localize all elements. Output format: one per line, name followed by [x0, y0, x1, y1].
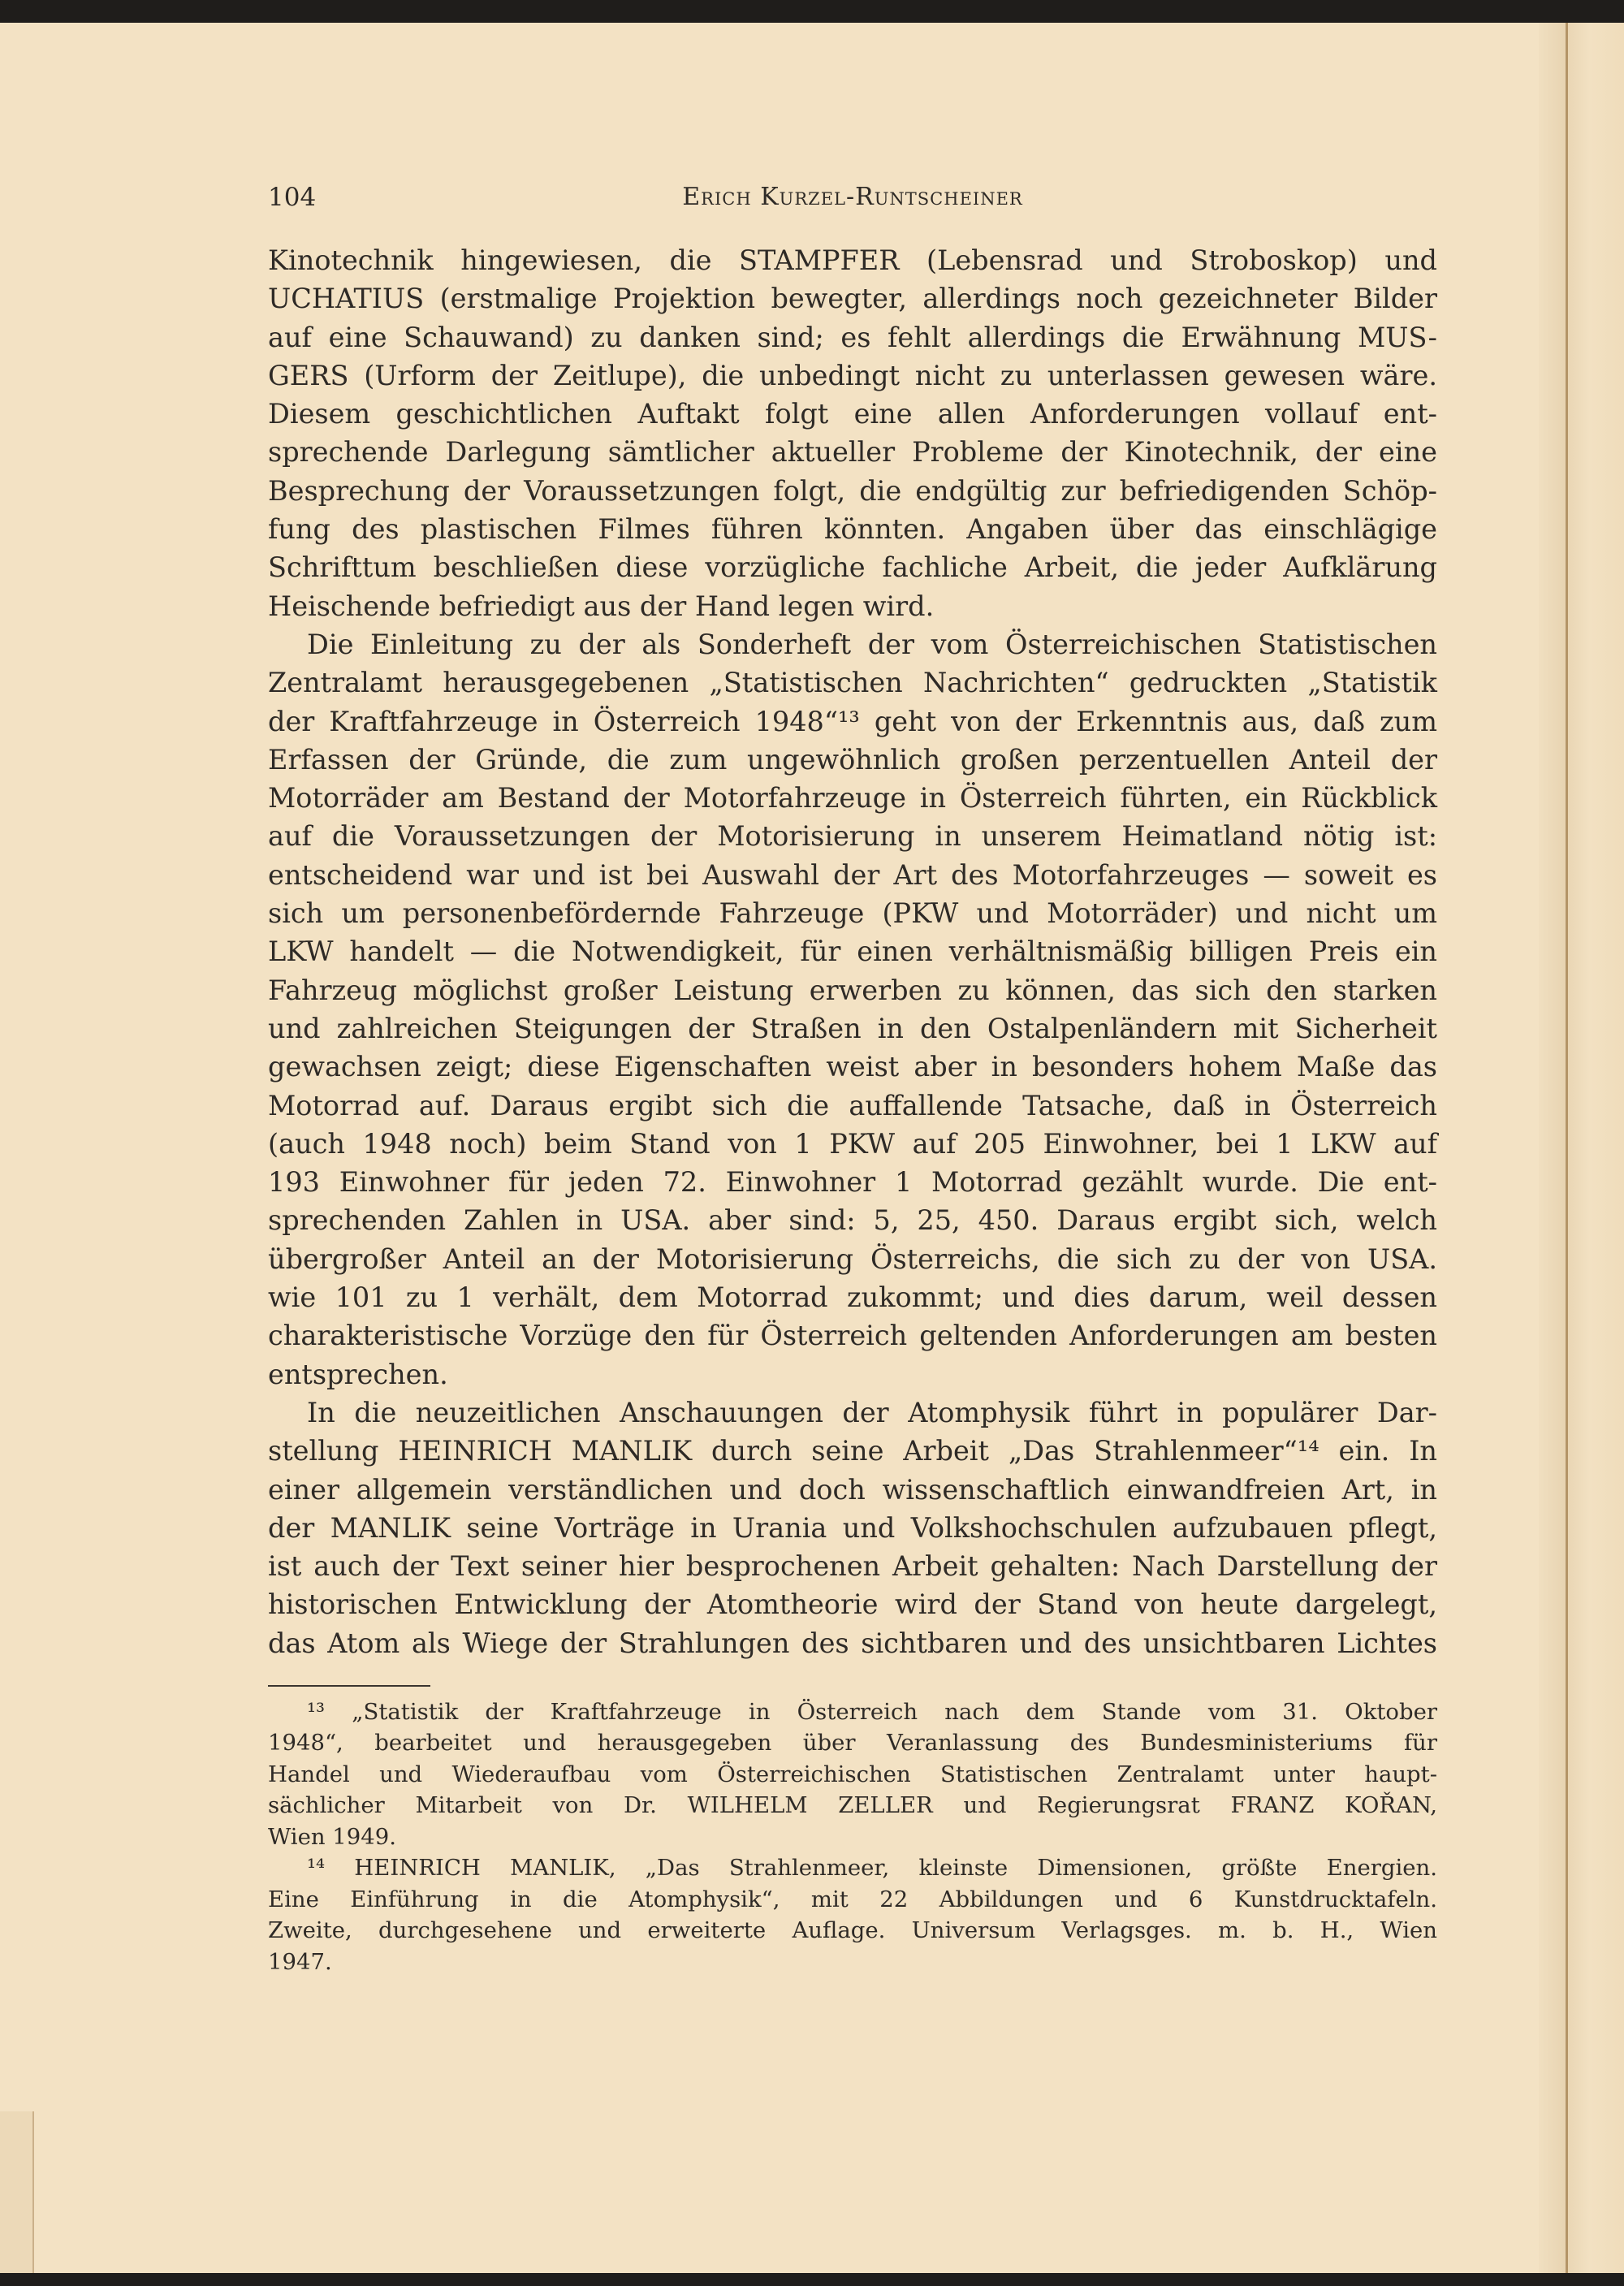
text-line: sprechende Darlegung sämtlicher aktuelle…: [268, 433, 1437, 471]
scan-bottom-border: [0, 2273, 1624, 2286]
scan-top-border: [0, 0, 1624, 23]
body-text: Kinotechnik hingewiesen, die STAMPFER (L…: [268, 241, 1437, 1662]
text-line: entscheidend war und ist bei Auswahl der…: [268, 856, 1437, 894]
text-line: Zentralamt herausgegebenen „Statistische…: [268, 663, 1437, 702]
footnote-line: Eine Einführung in die Atomphysik“, mit …: [268, 1884, 1437, 1916]
text-line: Erfassen der Gründe, die zum ungewöhnlic…: [268, 741, 1437, 779]
text-line: fung des plastischen Filmes führen könnt…: [268, 510, 1437, 548]
text-line: einer allgemein verständlichen und doch …: [268, 1471, 1437, 1509]
text-line: das Atom als Wiege der Strahlungen des s…: [268, 1624, 1437, 1662]
footnote-14: ¹⁴ HEINRICH MANLIK, „Das Strahlenmeer, k…: [268, 1852, 1437, 1977]
text-line: In die neuzeitlichen Anschauungen der At…: [268, 1394, 1437, 1432]
footnote-line: sächlicher Mitarbeit von Dr. WILHELM ZEL…: [268, 1790, 1437, 1821]
footnote-divider: [268, 1685, 430, 1687]
footnote-line: Wien 1949.: [268, 1821, 1437, 1853]
text-line: LKW handelt — die Notwendigkeit, für ein…: [268, 932, 1437, 970]
footnote-line: ¹³ „Statistik der Kraftfahrzeuge in Öste…: [268, 1696, 1437, 1728]
page-edge: [0, 2111, 34, 2273]
text-line: auf eine Schauwand) zu danken sind; es f…: [268, 318, 1437, 357]
text-line: 193 Einwohner für jeden 72. Einwohner 1 …: [268, 1163, 1437, 1201]
text-line: Schrifttum beschließen diese vorzügliche…: [268, 548, 1437, 586]
footnote-line: 1947.: [268, 1947, 1437, 1978]
text-line: Heischende befriedigt aus der Hand legen…: [268, 587, 1437, 625]
footnote-13: ¹³ „Statistik der Kraftfahrzeuge in Öste…: [268, 1696, 1437, 1853]
running-head: 104 Erich Kurzel-Runtscheiner: [268, 183, 1437, 223]
text-line: Motorrad auf. Daraus ergibt sich die auf…: [268, 1087, 1437, 1125]
text-line: UCHATIUS (erstmalige Projektion bewegter…: [268, 279, 1437, 318]
text-line: sich um personenbefördernde Fahrzeuge (P…: [268, 894, 1437, 932]
text-line: sprechenden Zahlen in USA. aber sind: 5,…: [268, 1201, 1437, 1239]
text-line: stellung HEINRICH MANLIK durch seine Arb…: [268, 1432, 1437, 1470]
footnote-line: 1948“, bearbeitet und herausgegeben über…: [268, 1727, 1437, 1759]
running-head-title: Erich Kurzel-Runtscheiner: [268, 183, 1437, 211]
footnotes: ¹³ „Statistik der Kraftfahrzeuge in Öste…: [268, 1696, 1437, 1978]
text-line: auf die Voraussetzungen der Motorisierun…: [268, 817, 1437, 855]
text-line: gewachsen zeigt; diese Eigenschaften wei…: [268, 1048, 1437, 1086]
paragraph-2: Die Einleitung zu der als Sonderheft der…: [268, 625, 1437, 1394]
text-line: entsprechen.: [268, 1355, 1437, 1394]
footnote-line: Handel und Wiederaufbau vom Österreichis…: [268, 1759, 1437, 1791]
text-line: Motorräder am Bestand der Motorfahrzeuge…: [268, 779, 1437, 817]
text-line: übergroßer Anteil an der Motorisierung Ö…: [268, 1240, 1437, 1278]
book-gutter: [1539, 23, 1624, 2273]
footnote-line: ¹⁴ HEINRICH MANLIK, „Das Strahlenmeer, k…: [268, 1852, 1437, 1884]
paragraph-1: Kinotechnik hingewiesen, die STAMPFER (L…: [268, 241, 1437, 625]
text-line: Besprechung der Voraussetzungen folgt, d…: [268, 472, 1437, 510]
gutter-fold-line: [1566, 23, 1568, 2273]
text-line: Fahrzeug möglichst großer Leistung erwer…: [268, 971, 1437, 1009]
text-line: Die Einleitung zu der als Sonderheft der…: [268, 625, 1437, 663]
text-line: Diesem geschichtlichen Auftakt folgt ein…: [268, 395, 1437, 433]
text-line: charakteristische Vorzüge den für Österr…: [268, 1316, 1437, 1355]
text-line: der MANLIK seine Vorträge in Urania und …: [268, 1509, 1437, 1547]
text-line: (auch 1948 noch) beim Stand von 1 PKW au…: [268, 1125, 1437, 1163]
text-line: historischen Entwicklung der Atomtheorie…: [268, 1585, 1437, 1623]
footnote-line: Zweite, durchgesehene und erweiterte Auf…: [268, 1915, 1437, 1947]
text-line: wie 101 zu 1 verhält, dem Motorrad zukom…: [268, 1278, 1437, 1316]
text-line: ist auch der Text seiner hier besprochen…: [268, 1547, 1437, 1585]
text-line: Kinotechnik hingewiesen, die STAMPFER (L…: [268, 241, 1437, 279]
text-line: GERS (Urform der Zeitlupe), die unbeding…: [268, 357, 1437, 395]
text-line: der Kraftfahrzeuge in Österreich 1948“¹³…: [268, 702, 1437, 741]
paragraph-3: In die neuzeitlichen Anschauungen der At…: [268, 1394, 1437, 1662]
book-page: 104 Erich Kurzel-Runtscheiner Kinotechni…: [268, 183, 1437, 1977]
text-line: und zahlreichen Steigungen der Straßen i…: [268, 1009, 1437, 1048]
